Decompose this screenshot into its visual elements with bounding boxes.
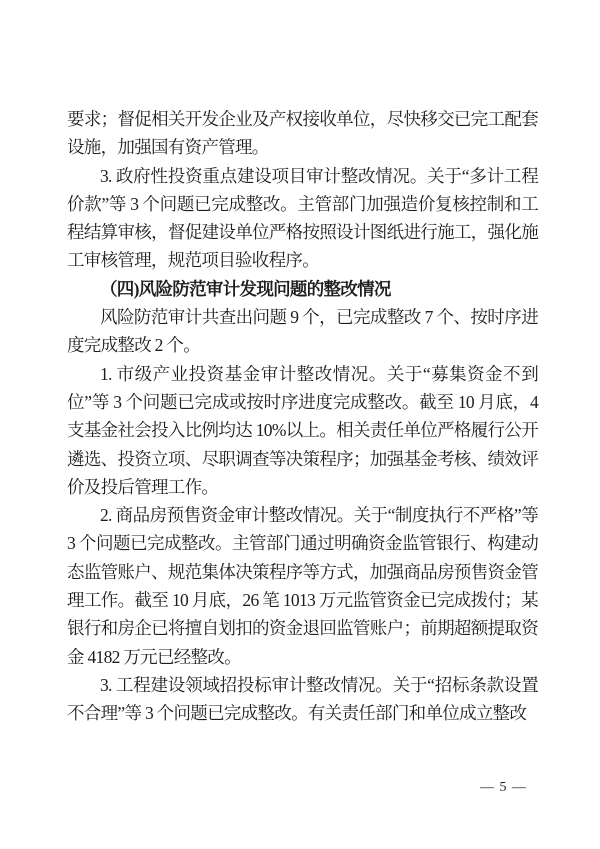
- section-heading: （四)风险防范审计发现问题的整改情况: [67, 275, 538, 303]
- paragraph: 3. 政府性投资重点建设项目审计整改情况。关于“多计工程价款”等 3 个问题已完…: [67, 162, 538, 275]
- paragraph: 要求；督促相关开发企业及产权接收单位，尽快移交已完工配套设施，加强国有资产管理。: [67, 105, 538, 162]
- document-page: 要求；督促相关开发企业及产权接收单位，尽快移交已完工配套设施，加强国有资产管理。…: [0, 0, 600, 849]
- paragraph: 1. 市级产业投资基金审计整改情况。关于“募集资金不到位”等 3 个问题已完成或…: [67, 360, 538, 501]
- document-body: 要求；督促相关开发企业及产权接收单位，尽快移交已完工配套设施，加强国有资产管理。…: [67, 105, 538, 728]
- paragraph: 2. 商品房预售资金审计整改情况。关于“制度执行不严格”等 3 个问题已完成整改…: [67, 501, 538, 671]
- paragraph: 风险防范审计共查出问题 9 个，已完成整改 7 个、按时序进度完成整改 2 个。: [67, 303, 538, 360]
- page-number: — 5 —: [0, 780, 527, 796]
- paragraph: 3. 工程建设领域招投标审计整改情况。关于“招标条款设置不合理”等 3 个问题已…: [67, 671, 538, 728]
